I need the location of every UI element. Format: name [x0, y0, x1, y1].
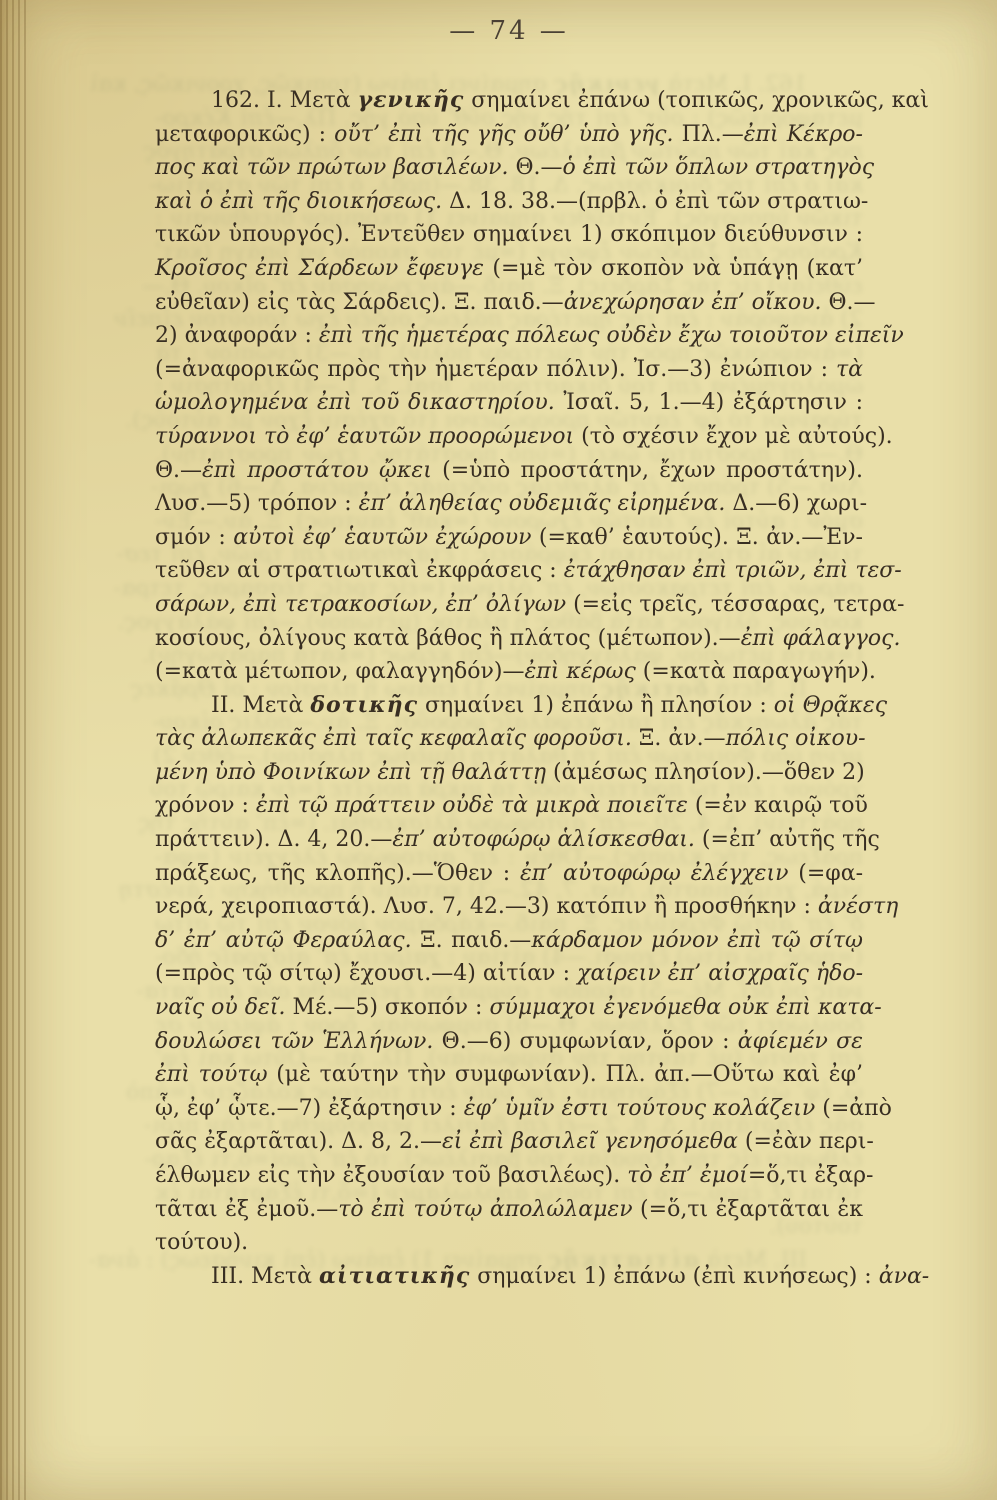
- text-segment: ἐπὶ Κέκρο-: [744, 122, 863, 147]
- text-segment: ἐπὶ κέρως: [525, 659, 636, 684]
- text-line: Κροῖσος ἐπὶ Σάρδεων ἔφευγε (=μὲ τὸν σκοπ…: [155, 252, 863, 286]
- text-segment: 162. I. Μετὰ: [211, 88, 358, 113]
- text-line: 2) ἀναφοράν : ἐπὶ τῆς ἡμετέρας πόλεως οὐ…: [155, 319, 863, 353]
- text-segment: τᾶται ἐξ ἐμοῦ.—: [155, 1197, 338, 1222]
- text-line: τύραννοι τὸ ἐφ’ ἑαυτῶν προορώμενοι (τὸ σ…: [155, 420, 863, 454]
- page-number: — 74 —: [155, 16, 863, 46]
- text-segment: σημαίνει ἐπάνω (τοπικῶς, χρονικῶς, καὶ: [464, 88, 929, 113]
- text-segment: Θ.—6) συμφωνίαν, ὅρον :: [433, 1029, 737, 1054]
- text-segment: Κροῖσος ἐπὶ Σάρδεων ἔφευγε: [155, 256, 484, 281]
- text-segment: Θ.—: [822, 290, 876, 315]
- text-segment: (=πρὸς τῷ σίτῳ) ἔχουσι.—4) αἰτίαν :: [155, 961, 577, 986]
- text-segment: σημαίνει 1) ἐπάνω (ἐπὶ κινήσεως) :: [470, 1264, 878, 1289]
- text-segment: ἐπ’ ἀληθείας οὐδεμιᾶς εἰρημένα.: [359, 491, 726, 516]
- text-segment: ἀνεχώρησαν ἐπ’ οἴκου.: [564, 290, 822, 315]
- text-segment: ὡμολογημένα ἐπὶ τοῦ δικαστηρίου.: [155, 390, 555, 415]
- paragraph: 162. I. Μετὰ γενικῆς σημαίνει ἐπάνω (τοπ…: [155, 84, 863, 689]
- text-segment: σᾶς ἐξαρτᾶται). Δ. 8, 2.—: [155, 1129, 442, 1154]
- text-segment: ὁ ἐπὶ τῶν ὅπλων στρατηγὸς: [563, 155, 875, 180]
- text-segment: μένη ὑπὸ Φοινίκων ἐπὶ τῇ θαλάττῃ: [155, 760, 546, 785]
- text-line: II. Μετὰ δοτικῆς σημαίνει 1) ἐπάνω ἢ πλη…: [155, 689, 863, 723]
- text-segment: Λυσ.—5) τρόπον :: [155, 491, 359, 516]
- text-segment: πράττειν). Δ. 4, 20.—: [155, 827, 392, 852]
- text-segment: αὐτοὶ ἐφ’ ἑαυτῶν ἐχώρουν: [233, 525, 531, 550]
- text-line: πράττειν). Δ. 4, 20.—ἐπ’ αὐτοφώρῳ ἁλίσκε…: [155, 823, 863, 857]
- text-line: καὶ ὁ ἐπὶ τῆς διοικήσεως. Δ. 18. 38.—(πρ…: [155, 185, 863, 219]
- text-segment: ἐτάχθησαν ἐπὶ τριῶν, ἐπὶ τεσ-: [564, 558, 902, 583]
- text-segment: σάρων, ἐπὶ τετρακοσίων, ἐπ’ ὀλίγων: [155, 592, 566, 617]
- book-binding-edge: [0, 0, 30, 1500]
- text-segment: τὰ: [836, 357, 863, 382]
- text-line: (=ἀναφορικῶς πρὸς τὴν ἡμετέραν πόλιν). Ἰ…: [155, 353, 863, 387]
- text-line: τούτου).: [155, 1226, 863, 1260]
- text-segment: σημαίνει 1) ἐπάνω ἢ πλησίον :: [418, 693, 774, 718]
- text-segment: Μέ.—5) σκοπόν :: [285, 995, 489, 1020]
- text-segment: σμόν :: [155, 525, 233, 550]
- text-segment: δοτικῆς: [310, 692, 418, 718]
- text-line: κοσίους, ὀλίγους κατὰ βάθος ἢ πλάτος (μέ…: [155, 622, 863, 656]
- text-line: (=κατὰ μέτωπον, φαλαγγηδόν)—ἐπὶ κέρως (=…: [155, 655, 863, 689]
- text-segment: (=μὲ τὸν σκοπὸν νὰ ὑπάγῃ (κατ’: [484, 256, 863, 281]
- text-segment: (=ἐν καιρῷ τοῦ: [688, 793, 868, 818]
- text-segment: =ὅ,τι ἐξαρ-: [748, 1163, 874, 1188]
- text-segment: ᾧ, ἐφ’ ᾧτε.—7) ἐξάρτησιν :: [155, 1096, 464, 1121]
- text-segment: Δ. 18. 38.—(πρβλ. ὁ ἐπὶ τῶν στρατιω-: [442, 189, 868, 214]
- book-page: — 74 — 162. I. Μετὰ γενικῆς σημαίνει ἐπά…: [0, 0, 997, 1500]
- text-segment: εὐθεῖαν) εἰς τὰς Σάρδεις). Ξ. παιδ.—: [155, 290, 564, 315]
- text-block: 162. I. Μετὰ γενικῆς σημαίνει ἐπάνω (τοπ…: [155, 84, 863, 1293]
- text-segment: πόλις οἰκου-: [726, 726, 866, 751]
- text-segment: χαίρειν ἐπ’ αἰσχραῖς ἡδο-: [577, 961, 863, 986]
- text-segment: τὸ ἐπ’ ἐμοί: [627, 1163, 748, 1188]
- text-segment: τύραννοι τὸ ἐφ’ ἑαυτῶν προορώμενοι: [155, 424, 574, 449]
- text-segment: (=εἰς τρεῖς, τέσσαρας, τετρα-: [566, 592, 904, 617]
- text-segment: (τὸ σχέσιν ἔχον μὲ αὐτούς).: [574, 424, 893, 449]
- text-segment: 2) ἀναφοράν :: [155, 323, 319, 348]
- text-segment: ἐπὶ τῷ πράττειν οὐδὲ τὰ μικρὰ ποιεῖτε: [256, 793, 688, 818]
- text-line: μεταφορικῶς) : οὔτ’ ἐπὶ τῆς γῆς οὔθ’ ὑπὸ…: [155, 118, 863, 152]
- text-line: 162. I. Μετὰ γενικῆς σημαίνει ἐπάνω (τοπ…: [155, 84, 863, 118]
- text-segment: (=ὑπὸ προστάτην, ἔχων προστάτην).: [432, 458, 863, 483]
- text-segment: έλθωμεν εἰς τὴν ἐξουσίαν τοῦ βασιλέως).: [155, 1163, 627, 1188]
- text-line: ναῖς οὐ δεῖ. Μέ.—5) σκοπόν : σύμμαχοι ἐγ…: [155, 991, 863, 1025]
- text-line: III. Μετὰ αἰτιατικῆς σημαίνει 1) ἐπάνω (…: [155, 1260, 863, 1294]
- text-line: δουλώσει τῶν Ἑλλήνων. Θ.—6) συμφωνίαν, ὅ…: [155, 1025, 863, 1059]
- paragraph: II. Μετὰ δοτικῆς σημαίνει 1) ἐπάνω ἢ πλη…: [155, 689, 863, 1260]
- text-segment: πος καὶ τῶν πρώτων βασιλέων.: [155, 155, 508, 180]
- text-segment: III. Μετὰ: [211, 1264, 319, 1289]
- text-segment: σύμμαχοι ἐγενόμεθα οὐκ ἐπὶ κατα-: [489, 995, 881, 1020]
- text-segment: κοσίους, ὀλίγους κατὰ βάθος ἢ πλάτος (μέ…: [155, 626, 741, 651]
- text-line: ᾧ, ἐφ’ ᾧτε.—7) ἐξάρτησιν : ἐφ’ ὑμῖν ἐστι…: [155, 1092, 863, 1126]
- text-segment: Ξ. παιδ.—: [412, 928, 532, 953]
- text-segment: ἐπὶ τῆς ἡμετέρας πόλεως οὐδὲν ἔχω τοιοῦτ…: [319, 323, 904, 348]
- text-line: πος καὶ τῶν πρώτων βασιλέων. Θ.—ὁ ἐπὶ τῶ…: [155, 151, 863, 185]
- text-segment: (ἀμέσως πλησίον).—ὅθεν 2): [546, 760, 865, 785]
- text-segment: τεῦθεν αἱ στρατιωτικαὶ ἐκφράσεις :: [155, 558, 564, 583]
- text-segment: γενικῆς: [358, 87, 465, 113]
- text-line: ἐπὶ τούτῳ (μὲ ταύτην τὴν συμφωνίαν). Πλ.…: [155, 1058, 863, 1092]
- text-segment: ἀφίεμέν σε: [738, 1029, 863, 1054]
- text-segment: ἐπὶ φάλαγγος.: [741, 626, 901, 651]
- text-line: σμόν : αὐτοὶ ἐφ’ ἑαυτῶν ἐχώρουν (=καθ’ ἑ…: [155, 521, 863, 555]
- text-segment: δ’ ἐπ’ αὐτῷ Φεραύλας.: [155, 928, 412, 953]
- text-segment: Πλ.—: [673, 122, 743, 147]
- text-segment: αἰτιατικῆς: [319, 1263, 470, 1289]
- text-segment: ἐπ’ αὐτοφώρῳ ἐλέγχειν: [520, 861, 789, 886]
- text-segment: Ἰσαῖ. 5, 1.—4) ἐξάρτησιν :: [555, 390, 863, 415]
- text-line: μένη ὑπὸ Φοινίκων ἐπὶ τῇ θαλάττῃ (ἀμέσως…: [155, 756, 863, 790]
- paragraph: III. Μετὰ αἰτιατικῆς σημαίνει 1) ἐπάνω (…: [155, 1260, 863, 1294]
- text-segment: (=ἀπὸ: [815, 1096, 892, 1121]
- text-segment: ἀνέστη: [818, 894, 898, 919]
- text-segment: ἐπ’ αὐτοφώρῳ ἁλίσκεσθαι.: [392, 827, 695, 852]
- text-segment: νερά, χειροπιαστά). Λυσ. 7, 42.—3) κατόπ…: [155, 894, 818, 919]
- text-line: δ’ ἐπ’ αὐτῷ Φεραύλας. Ξ. παιδ.—κάρδαμον …: [155, 924, 863, 958]
- text-segment: (=φα-: [789, 861, 864, 886]
- text-segment: (=ἐπ’ αὐτῆς τῆς: [695, 827, 880, 852]
- text-segment: (=ἀναφορικῶς πρὸς τὴν ἡμετέραν πόλιν). Ἰ…: [155, 357, 836, 382]
- text-line: Λυσ.—5) τρόπον : ἐπ’ ἀληθείας οὐδεμιᾶς ε…: [155, 487, 863, 521]
- text-line: τικῶν ὑπουργός). Ἐντεῦθεν σημαίνει 1) σκ…: [155, 218, 863, 252]
- text-segment: τὰς ἀλωπεκᾶς ἐπὶ ταῖς κεφαλαῖς φοροῦσι.: [155, 726, 632, 751]
- text-line: νερά, χειροπιαστά). Λυσ. 7, 42.—3) κατόπ…: [155, 890, 863, 924]
- text-line: πράξεως, τῆς κλοπῆς).—Ὅθεν : ἐπ’ αὐτοφώρ…: [155, 857, 863, 891]
- text-segment: ἐπὶ προστάτου ᾤκει: [202, 458, 432, 483]
- text-line: εὐθεῖαν) εἰς τὰς Σάρδεις). Ξ. παιδ.—ἀνεχ…: [155, 286, 863, 320]
- text-segment: (=ἐὰν περι-: [738, 1129, 874, 1154]
- text-segment: μεταφορικῶς) :: [155, 122, 334, 147]
- text-segment: II. Μετὰ: [211, 693, 310, 718]
- text-segment: τικῶν ὑπουργός). Ἐντεῦθεν σημαίνει 1) σκ…: [155, 222, 863, 247]
- text-segment: Θ.—: [508, 155, 562, 180]
- text-segment: κάρδαμον μόνον ἐπὶ τῷ σίτῳ: [531, 928, 863, 953]
- text-line: τεῦθεν αἱ στρατιωτικαὶ ἐκφράσεις : ἐτάχθ…: [155, 554, 863, 588]
- text-line: (=πρὸς τῷ σίτῳ) ἔχουσι.—4) αἰτίαν : χαίρ…: [155, 957, 863, 991]
- text-segment: πράξεως, τῆς κλοπῆς).—Ὅθεν :: [155, 861, 520, 886]
- text-segment: χρόνον :: [155, 793, 256, 818]
- text-segment: ἐπὶ τούτῳ: [155, 1062, 268, 1087]
- text-segment: (μὲ ταύτην τὴν συμφωνίαν). Πλ. ἀπ.—Οὕτω …: [268, 1062, 863, 1087]
- text-segment: τὸ ἐπὶ τούτῳ ἀπολώλαμεν: [338, 1197, 632, 1222]
- text-line: σᾶς ἐξαρτᾶται). Δ. 8, 2.—εἰ ἐπὶ βασιλεῖ …: [155, 1125, 863, 1159]
- text-segment: ἐφ’ ὑμῖν ἐστι τούτους κολάζειν: [464, 1096, 816, 1121]
- text-segment: (=κατὰ μέτωπον, φαλαγγηδόν)—: [155, 659, 525, 684]
- text-line: Θ.—ἐπὶ προστάτου ᾤκει (=ὑπὸ προστάτην, ἔ…: [155, 454, 863, 488]
- text-segment: (=ὅ,τι ἐξαρτᾶται ἐκ: [633, 1197, 863, 1222]
- text-segment: Θ.—: [155, 458, 202, 483]
- text-line: χρόνον : ἐπὶ τῷ πράττειν οὐδὲ τὰ μικρὰ π…: [155, 789, 863, 823]
- text-line: έλθωμεν εἰς τὴν ἐξουσίαν τοῦ βασιλέως). …: [155, 1159, 863, 1193]
- text-segment: δουλώσει τῶν Ἑλλήνων.: [155, 1029, 433, 1054]
- text-segment: Δ.—6) χωρι-: [725, 491, 867, 516]
- text-segment: οἱ Θρᾷκες: [774, 693, 887, 718]
- text-line: σάρων, ἐπὶ τετρακοσίων, ἐπ’ ὀλίγων (=εἰς…: [155, 588, 863, 622]
- text-segment: οὔτ’ ἐπὶ τῆς γῆς οὔθ’ ὑπὸ γῆς.: [334, 122, 673, 147]
- text-line: ὡμολογημένα ἐπὶ τοῦ δικαστηρίου. Ἰσαῖ. 5…: [155, 386, 863, 420]
- text-segment: (=καθ’ ἑαυτούς). Ξ. ἀν.—Ἐν-: [531, 525, 863, 550]
- text-segment: ἀνα-: [879, 1264, 930, 1289]
- text-segment: τούτου).: [155, 1230, 248, 1255]
- text-segment: καὶ ὁ ἐπὶ τῆς διοικήσεως.: [155, 189, 442, 214]
- text-segment: (=κατὰ παραγωγήν).: [636, 659, 876, 684]
- text-line: τὰς ἀλωπεκᾶς ἐπὶ ταῖς κεφαλαῖς φοροῦσι. …: [155, 722, 863, 756]
- text-segment: εἰ ἐπὶ βασιλεῖ γενησόμεθα: [442, 1129, 738, 1154]
- text-segment: ναῖς οὐ δεῖ.: [155, 995, 285, 1020]
- text-segment: Ξ. ἀν.—: [632, 726, 726, 751]
- text-line: τᾶται ἐξ ἐμοῦ.—τὸ ἐπὶ τούτῳ ἀπολώλαμεν (…: [155, 1193, 863, 1227]
